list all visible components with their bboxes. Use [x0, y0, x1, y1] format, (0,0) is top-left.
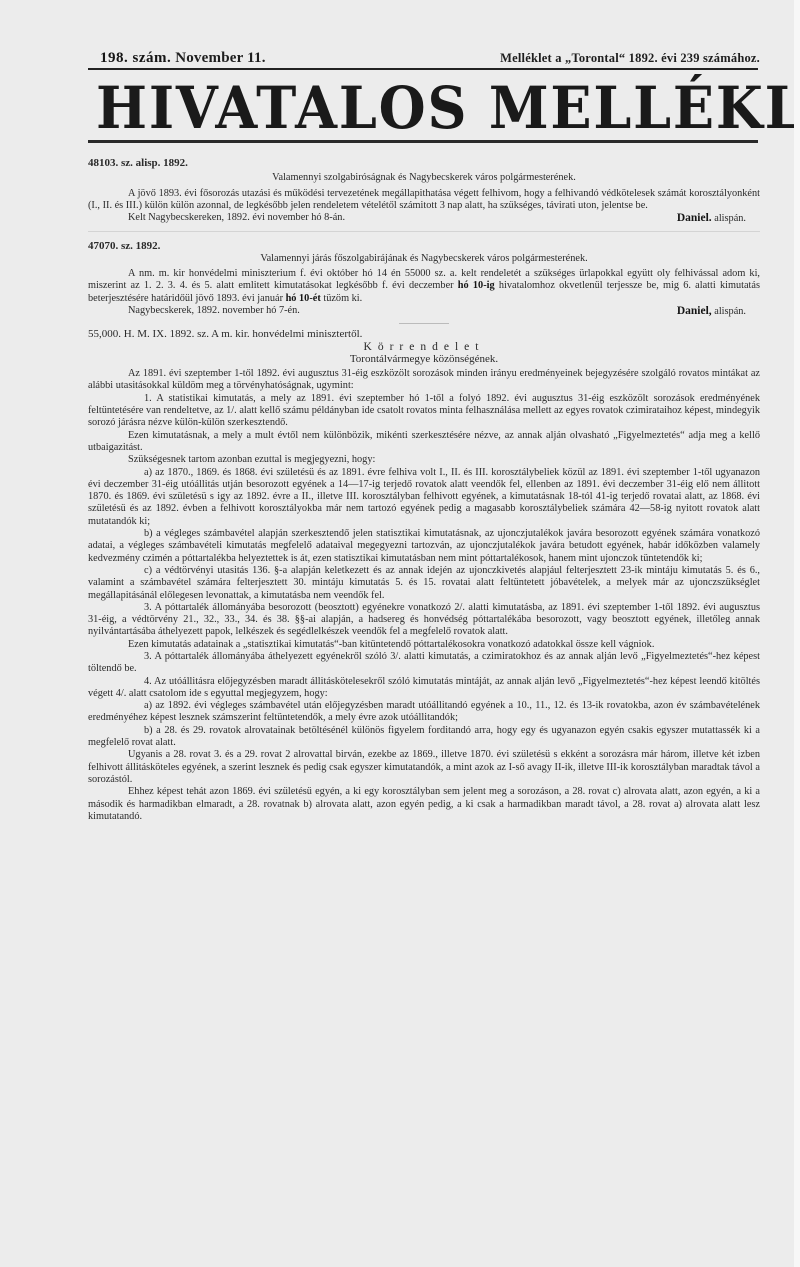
section-divider: [88, 231, 760, 232]
circular-paragraph: c) a védtörvényi utasitás 136. §-a alapj…: [88, 565, 760, 602]
circular-paragraph: b) a végleges számbavétel alapján szerke…: [88, 528, 760, 565]
notice-48103: 48103. sz. alisp. 1892. Valamennyi szolg…: [88, 157, 760, 225]
circular-paragraph: Ehhez képest tehát azon 1869. évi szület…: [88, 786, 760, 823]
notice-reference: 48103. sz. alisp. 1892.: [88, 157, 760, 169]
masthead-line: 198. szám. November 11. Melléklet a „Tor…: [100, 50, 760, 67]
notice-body: A nm. m. kir honvédelmi miniszterium f. …: [88, 268, 760, 305]
newspaper-page: 198. szám. November 11. Melléklet a „Tor…: [0, 0, 800, 1267]
circular-paragraph: b) a 28. és 29. rovatok alrovatainak bet…: [88, 725, 760, 750]
circular-paragraph: 4. Az utóállitásra előjegyzésben maradt …: [88, 676, 760, 701]
supplement-note: Melléklet a „Torontal“ 1892. évi 239 szá…: [500, 51, 760, 66]
circular-paragraph: a) az 1870., 1869. és 1868. évi születés…: [88, 467, 760, 528]
notice-dateline: Kelt Nagybecskereken, 1892. évi november…: [128, 212, 345, 225]
circular-reference: 55,000. H. M. IX. 1892. sz. A m. kir. ho…: [88, 328, 760, 340]
masthead-rule-bottom: [88, 140, 758, 143]
page-title: HIVATALOS MELLÉKLET.: [96, 74, 760, 141]
article-body: 48103. sz. alisp. 1892. Valamennyi szolg…: [88, 157, 760, 823]
circular-paragraph: Ezen kimutatásnak, a mely a mult évtől n…: [88, 430, 760, 455]
scan-edge: [794, 0, 800, 1267]
circular-intro: Az 1891. évi szeptember 1-től 1892. évi …: [88, 368, 760, 393]
deadline-emphasis: hó 10-ét: [286, 293, 321, 304]
circular-paragraph: Ugyanis a 28. rovat 3. és a 29. rovat 2 …: [88, 749, 760, 786]
issue-date: November 11.: [175, 50, 265, 66]
circular-paragraph: 3. A póttartalék állományába áthelyezett…: [88, 651, 760, 676]
circular-paragraph: a) az 1892. évi végleges számbavétel utá…: [88, 700, 760, 725]
circular-paragraph: Szükségesnek tartom azonban ezuttal is m…: [88, 454, 760, 466]
notice-reference: 47070. sz. 1892.: [88, 240, 760, 252]
deadline-emphasis: hó 10-ig: [458, 280, 495, 291]
notice-footer: Kelt Nagybecskereken, 1892. évi november…: [88, 212, 760, 225]
circular-55000: 55,000. H. M. IX. 1892. sz. A m. kir. ho…: [88, 328, 760, 823]
notice-body: A jövő 1893. évi fősorozás utazási és mű…: [88, 188, 760, 213]
signature: Daniel, alispán.: [677, 305, 746, 318]
circular-paragraph: 3. A póttartalék állományába besorozott …: [88, 602, 760, 639]
masthead-rule-top: [88, 68, 758, 70]
issue-info: 198. szám. November 11.: [100, 50, 266, 67]
circular-addressee: Torontálvármegye közönségének.: [88, 353, 760, 365]
circular-paragraphs: 1. A statistikai kimutatás, a mely az 18…: [88, 393, 760, 823]
notice-47070: 47070. sz. 1892. Valamennyi járás főszol…: [88, 240, 760, 318]
signature-name: Daniel,: [677, 305, 712, 317]
notice-addressee: Valamennyi járás főszolgabirájának és Na…: [88, 253, 760, 265]
signature-title: alispán.: [714, 213, 746, 224]
body-text-segment: tüzöm ki.: [321, 293, 362, 304]
notice-dateline: Nagybecskerek, 1892. november hó 7-én.: [128, 305, 300, 318]
signature: Daniel. alispán.: [677, 212, 746, 225]
issue-number: 198. szám.: [100, 50, 171, 66]
circular-heading: Körrendelet: [88, 341, 760, 353]
circular-paragraph: Ezen kimutatás adatainak a „statisztikai…: [88, 639, 760, 651]
signature-name: Daniel.: [677, 212, 712, 224]
notice-addressee: Valamennyi szolgabiróságnak és Nagybecsk…: [88, 172, 760, 184]
circular-paragraph: 1. A statistikai kimutatás, a mely az 18…: [88, 393, 760, 430]
notice-footer: Nagybecskerek, 1892. november hó 7-én. D…: [88, 305, 760, 318]
short-divider: [399, 323, 449, 324]
signature-title: alispán.: [714, 306, 746, 317]
